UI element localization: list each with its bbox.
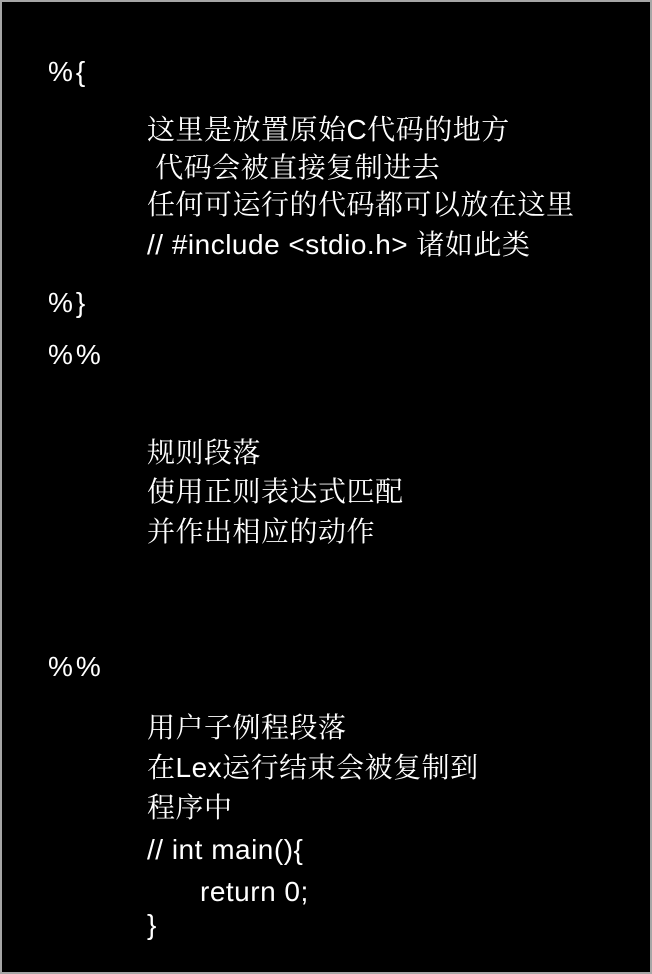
rules-comment-line-3: 并作出相应的动作 (147, 516, 375, 548)
subroutines-comment-line-2: 在Lex运行结束会被复制到 (147, 752, 479, 784)
rules-comment-line-1: 规则段落 (147, 437, 261, 469)
definitions-open-delimiter: %{ (48, 56, 88, 88)
subroutines-code-line-1: // int main(){ (147, 834, 303, 866)
definitions-comment-line-2: 代码会被直接复制进去 (147, 152, 440, 184)
subroutines-comment-line-3: 程序中 (147, 792, 233, 824)
definitions-comment-line-1: 这里是放置原始C代码的地方 (147, 114, 510, 146)
definitions-comment-line-4: // #include <stdio.h> 诸如此类 (147, 229, 530, 261)
definitions-comment-line-3: 任何可运行的代码都可以放在这里 (147, 189, 575, 221)
subroutines-code-line-3: } (147, 909, 157, 941)
section-separator-top: %% (48, 339, 104, 371)
definitions-close-delimiter: %} (48, 287, 88, 319)
lex-template-slide: %{ 这里是放置原始C代码的地方 代码会被直接复制进去 任何可运行的代码都可以放… (0, 0, 652, 974)
subroutines-code-line-2: return 0; (200, 876, 309, 908)
rules-comment-line-2: 使用正则表达式匹配 (147, 476, 404, 508)
section-separator-bottom: %% (48, 651, 104, 683)
subroutines-comment-line-1: 用户子例程段落 (147, 712, 347, 744)
